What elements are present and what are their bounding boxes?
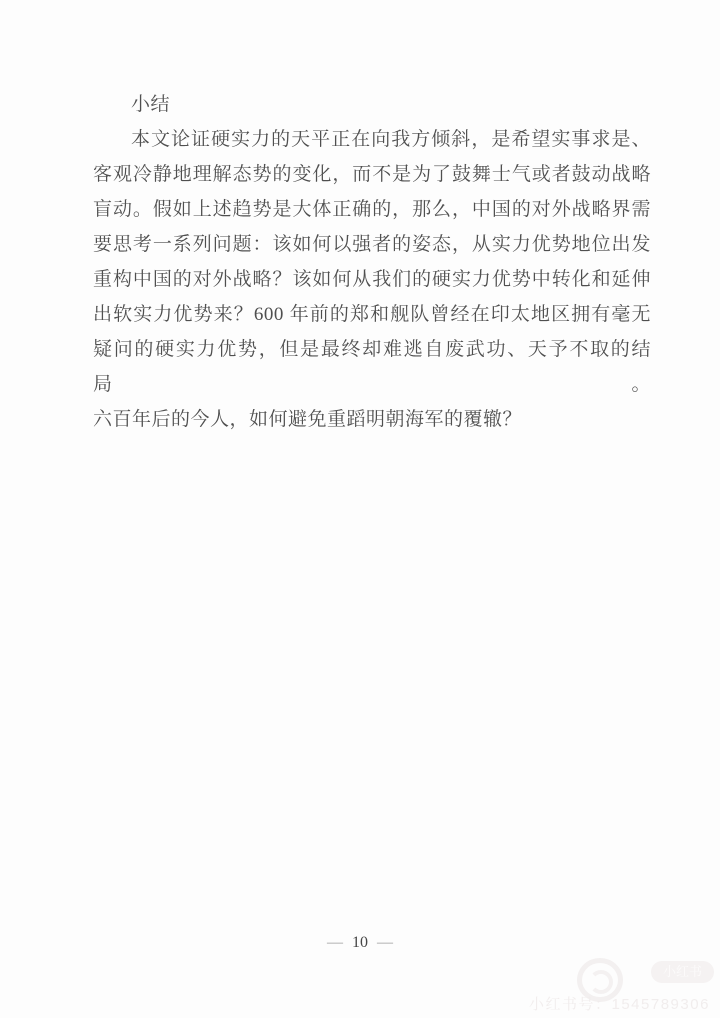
xiaohongshu-swirl-logo-icon	[577, 958, 623, 1002]
xiaohongshu-id-text: 小红书号：1545789306	[529, 993, 714, 1014]
xiaohongshu-watermark: 小红书 小红书号：1545789306	[529, 958, 714, 1016]
xiaohongshu-badge: 小红书	[651, 961, 714, 983]
paragraph-line: 六百年后的今人，如何避免重蹈明朝海军的覆辙？	[93, 402, 651, 437]
paragraph-line: 出软实力优势来？600 年前的郑和舰队曾经在印太地区拥有毫无	[93, 297, 651, 332]
footer-right-dash: —	[377, 934, 393, 951]
paragraph-line: 盲动。假如上述趋势是大体正确的，那么，中国的对外战略界需	[93, 192, 651, 227]
paragraph-line: 本文论证硬实力的天平正在向我方倾斜，是希望实事求是、	[93, 122, 651, 157]
section-heading: 小结	[93, 87, 651, 122]
paragraph-line: 重构中国的对外战略？该如何从我们的硬实力优势中转化和延伸	[93, 262, 651, 297]
page-number-footer: —10—	[0, 934, 720, 952]
document-body: 小结 本文论证硬实力的天平正在向我方倾斜，是希望实事求是、 客观冷静地理解态势的…	[93, 87, 651, 437]
footer-left-dash: —	[327, 934, 343, 951]
page-number: 10	[352, 934, 368, 951]
paragraph-line: 疑问的硬实力优势，但是最终却难逃自废武功、天予不取的结局。	[93, 332, 651, 402]
document-page: 小结 本文论证硬实力的天平正在向我方倾斜，是希望实事求是、 客观冷静地理解态势的…	[0, 0, 720, 1018]
paragraph-line: 客观冷静地理解态势的变化，而不是为了鼓舞士气或者鼓动战略	[93, 157, 651, 192]
paragraph-line: 要思考一系列问题：该如何以强者的姿态，从实力优势地位出发	[93, 227, 651, 262]
